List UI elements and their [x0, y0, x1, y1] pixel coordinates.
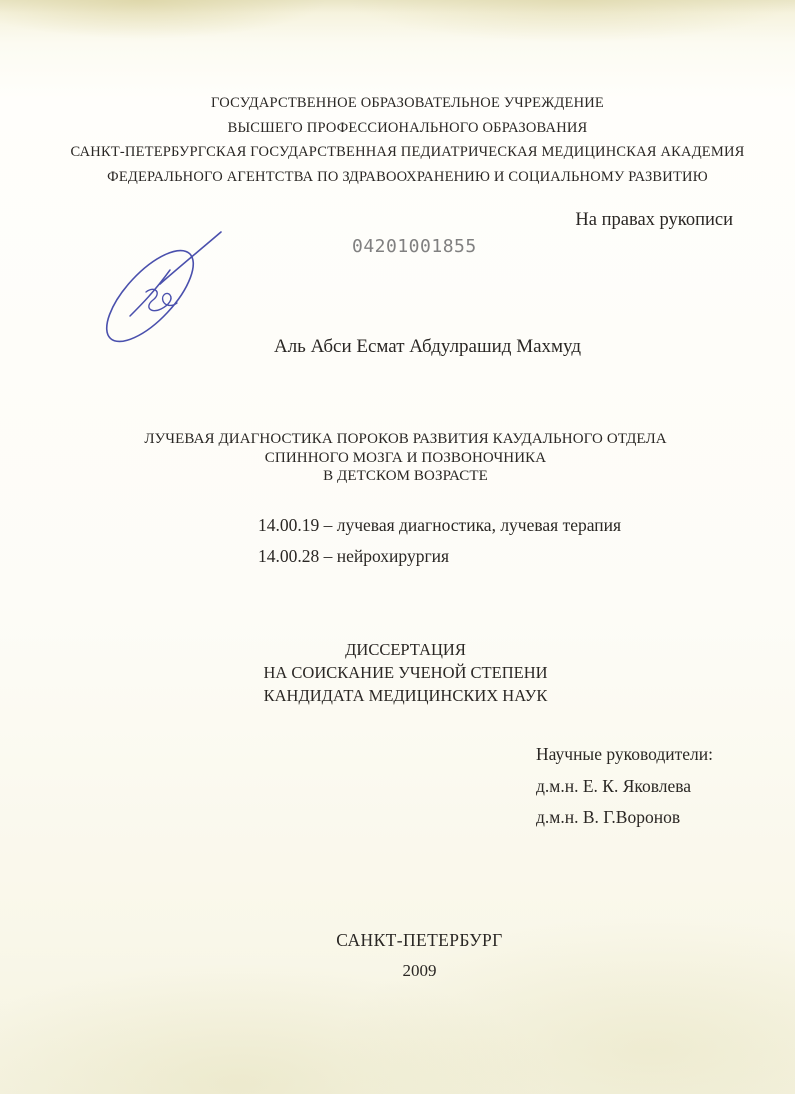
specialty-line: 14.00.19 – лучевая диагностика, лучевая …	[258, 510, 621, 541]
title-line: СПИННОГО МОЗГА И ПОЗВОНОЧНИКА	[8, 449, 795, 468]
dissertation-title: ЛУЧЕВАЯ ДИАГНОСТИКА ПОРОКОВ РАЗВИТИЯ КАУ…	[8, 430, 795, 486]
institution-header: ГОСУДАРСТВЕННОЕ ОБРАЗОВАТЕЛЬНОЕ УЧРЕЖДЕН…	[10, 91, 795, 189]
supervisor-name: д.м.н. Е. К. Яковлева	[536, 771, 713, 803]
institution-line: САНКТ-ПЕТЕРБУРГСКАЯ ГОСУДАРСТВЕННАЯ ПЕДИ…	[10, 140, 795, 165]
title-line: В ДЕТСКОМ ВОЗРАСТЕ	[8, 467, 795, 486]
supervisor-name: д.м.н. В. Г.Воронов	[536, 802, 713, 834]
thesis-statement-line: КАНДИДАТА МЕДИЦИНСКИХ НАУК	[8, 685, 795, 708]
city: САНКТ-ПЕТЕРБУРГ	[22, 930, 795, 951]
title-line: ЛУЧЕВАЯ ДИАГНОСТИКА ПОРОКОВ РАЗВИТИЯ КАУ…	[8, 430, 795, 449]
specialty-codes: 14.00.19 – лучевая диагностика, лучевая …	[258, 510, 621, 572]
institution-line: ГОСУДАРСТВЕННОЕ ОБРАЗОВАТЕЛЬНОЕ УЧРЕЖДЕН…	[10, 91, 795, 116]
thesis-degree-statement: ДИССЕРТАЦИЯ НА СОИСКАНИЕ УЧЕНОЙ СТЕПЕНИ …	[8, 639, 795, 707]
institution-line: ФЕДЕРАЛЬНОГО АГЕНТСТВА ПО ЗДРАВООХРАНЕНИ…	[10, 165, 795, 190]
thesis-statement-line: НА СОИСКАНИЕ УЧЕНОЙ СТЕПЕНИ	[8, 662, 795, 685]
year: 2009	[22, 961, 795, 981]
supervisors-block: Научные руководители: д.м.н. Е. К. Яковл…	[536, 739, 713, 834]
manuscript-rights-note: На правах рукописи	[575, 210, 733, 231]
supervisors-heading: Научные руководители:	[536, 739, 713, 771]
institution-line: ВЫСШЕГО ПРОФЕССИОНАЛЬНОГО ОБРАЗОВАНИЯ	[10, 116, 795, 141]
registration-number-stamp: 04201001855	[352, 236, 477, 257]
specialty-line: 14.00.28 – нейрохирургия	[258, 541, 621, 572]
scanned-title-page: ГОСУДАРСТВЕННОЕ ОБРАЗОВАТЕЛЬНОЕ УЧРЕЖДЕН…	[0, 0, 795, 1094]
author-name: Аль Абси Есмат Абдулрашид Махмуд	[30, 336, 795, 358]
handwritten-signature-icon	[102, 228, 232, 346]
thesis-statement-line: ДИССЕРТАЦИЯ	[8, 639, 795, 662]
